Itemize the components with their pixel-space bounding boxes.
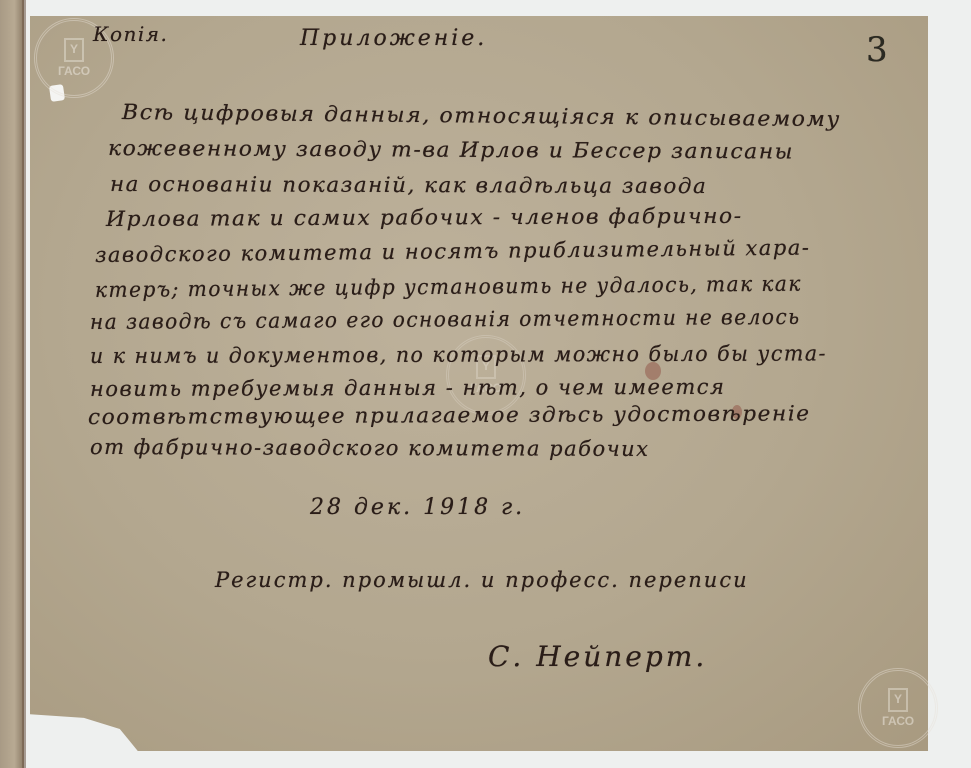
copy-label: Копія.: [93, 22, 168, 46]
body-line-10: соотвѣтствующее прилагаемое здѣсь удосто…: [88, 401, 811, 429]
body-line-4: Ирлова так и самих рабочих - членов фабр…: [106, 204, 743, 231]
binding-strip: [0, 0, 24, 768]
signature: С. Нейперт.: [488, 640, 707, 673]
stamp-text: ГАСО: [58, 64, 90, 78]
body-line-8: и к нимъ и документов, по которым можно …: [90, 341, 827, 368]
document-title: Приложеніе.: [300, 26, 487, 51]
archive-stamp-bottom-right: Y ГАСО: [858, 668, 938, 748]
document-date: 28 дек. 1918 г.: [310, 495, 525, 520]
signer-title: Регистр. промышл. и професс. переписи: [215, 568, 749, 592]
body-line-2: кожевенному заводу т-ва Ирлов и Бессер з…: [108, 136, 794, 163]
stamp-text: ГАСО: [882, 714, 914, 728]
body-line-3: на основаніи показаній, как владѣльца за…: [110, 172, 707, 198]
body-line-9: новить требуемыя данныя - нѣт, о чем име…: [90, 375, 725, 401]
emblem-icon: Y: [888, 688, 908, 712]
page-number: 3: [866, 30, 889, 70]
body-line-11: от фабрично-заводского комитета рабочих: [90, 435, 650, 461]
emblem-icon: Y: [64, 38, 84, 62]
